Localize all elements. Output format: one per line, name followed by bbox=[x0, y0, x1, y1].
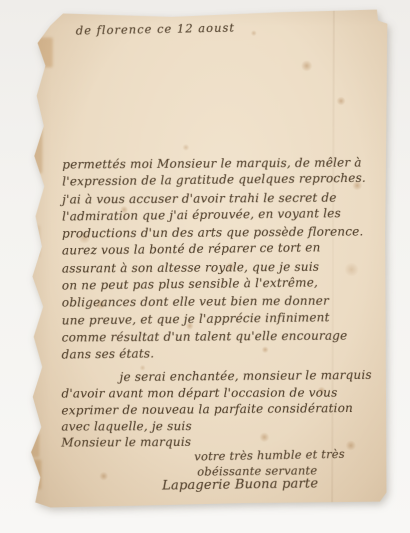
manuscript-line: dans ses états. bbox=[62, 343, 374, 364]
dateline: de florence ce 12 aoust bbox=[76, 20, 235, 37]
manuscript-line: l'admiration que j'ai éprouvée, en voyan… bbox=[62, 205, 374, 226]
fox-spot bbox=[337, 96, 346, 105]
tape-remnant bbox=[24, 225, 40, 257]
manuscript-line: avec laquelle, je suis bbox=[61, 417, 373, 434]
manuscript-line: je serai enchantée, monsieur le marquis bbox=[62, 367, 374, 386]
paragraph-2: je serai enchantée, monsieur le marquis … bbox=[61, 369, 373, 435]
fox-spot bbox=[301, 60, 313, 71]
tape-remnant bbox=[22, 127, 42, 173]
tape-remnant bbox=[27, 37, 53, 67]
letter-page-wrap: de florence ce 12 aoust permettés moi Mo… bbox=[25, 5, 389, 508]
photo-backdrop: de florence ce 12 aoust permettés moi Mo… bbox=[0, 0, 410, 533]
paragraph-1: permettés moi Monsieur le marquis, de mê… bbox=[62, 156, 375, 365]
salutation: Monsieur le marquis bbox=[61, 435, 191, 450]
fox-spot bbox=[251, 30, 257, 36]
fox-spot bbox=[182, 144, 189, 151]
manuscript-line: aurez vous la bonté de réparer ce tort e… bbox=[62, 239, 374, 260]
manuscript-line: une preuve, et que je l'apprécie infinim… bbox=[62, 308, 374, 329]
closing-block: votre très humble et très obéissante ser… bbox=[25, 452, 387, 496]
manuscript-line: exprimer de nouveau la parfaite considér… bbox=[61, 399, 373, 418]
letter-page: de florence ce 12 aoust permettés moi Mo… bbox=[25, 5, 389, 508]
manuscript-line: l'expression de la gratitude quelques re… bbox=[62, 170, 374, 191]
